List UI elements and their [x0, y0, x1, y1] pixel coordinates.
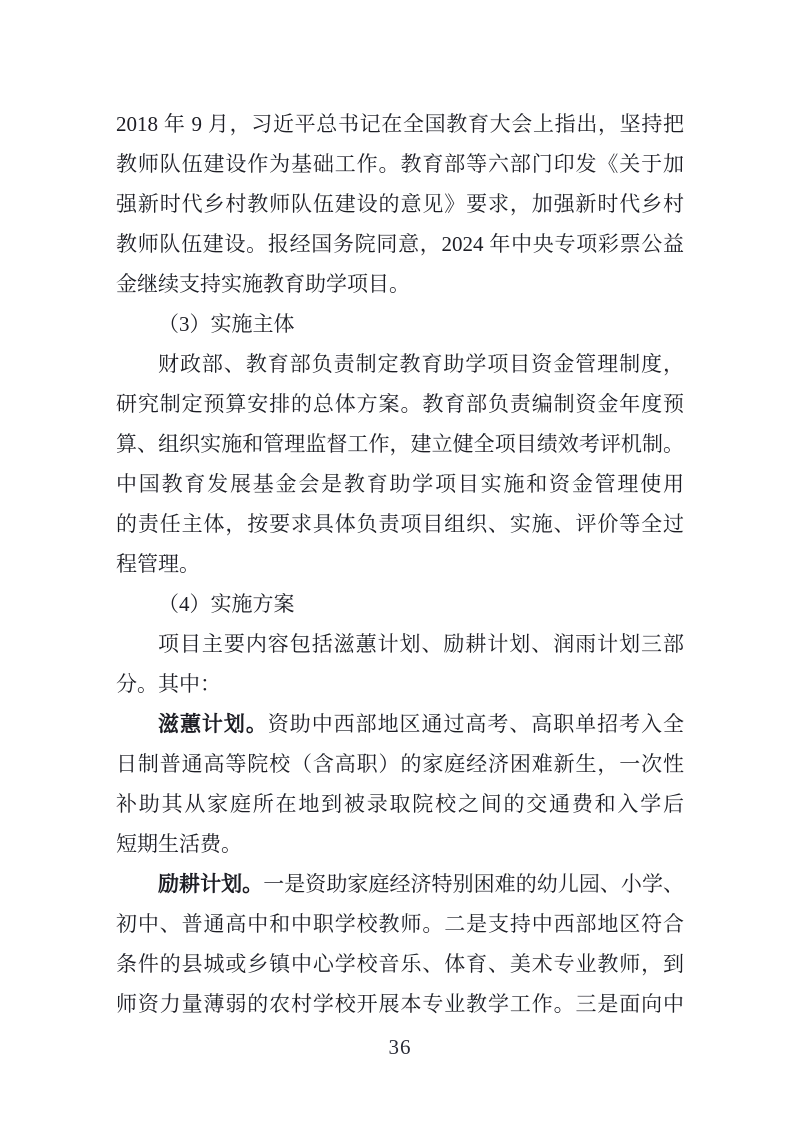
document-body: 2018 年 9 月，习近平总书记在全国教育大会上指出，坚持把教师队伍建设作为基…: [116, 104, 684, 1024]
text-line: 强新时代乡村教师队伍建设的意见》要求，加强新时代乡村: [116, 184, 684, 224]
text-line: 财政部、教育部负责制定教育助学项目资金管理制度，: [116, 344, 684, 384]
text-line: 项目主要内容包括滋蕙计划、励耕计划、润雨计划三部: [116, 624, 684, 664]
text-line: 条件的县城或乡镇中心学校音乐、体育、美术专业教师，到: [116, 944, 684, 984]
plan-name-bold: 滋蕙计划。: [158, 712, 268, 736]
text-line: 补助其从家庭所在地到被录取院校之间的交通费和入学后: [116, 784, 684, 824]
text-line: 教师队伍建设。报经国务院同意，2024 年中央专项彩票公益: [116, 224, 684, 264]
text-line: （3）实施主体: [116, 304, 684, 344]
text-line: 日制普通高等院校（含高职）的家庭经济困难新生，一次性: [116, 744, 684, 784]
text-line: 研究制定预算安排的总体方案。教育部负责编制资金年度预: [116, 384, 684, 424]
document-page: 2018 年 9 月，习近平总书记在全国教育大会上指出，坚持把教师队伍建设作为基…: [0, 0, 800, 1131]
text-line: （4）实施方案: [116, 584, 684, 624]
text-line: 2018 年 9 月，习近平总书记在全国教育大会上指出，坚持把: [116, 104, 684, 144]
text-line: 短期生活费。: [116, 824, 684, 864]
text-line: 分。其中：: [116, 664, 684, 704]
text-line: 的责任主体，按要求具体负责项目组织、实施、评价等全过: [116, 504, 684, 544]
text-line: 算、组织实施和管理监督工作，建立健全项目绩效考评机制。: [116, 424, 684, 464]
text-line: 励耕计划。一是资助家庭经济特别困难的幼儿园、小学、: [116, 864, 684, 904]
text-line: 金继续支持实施教育助学项目。: [116, 264, 684, 304]
page-number: 36: [0, 1033, 800, 1061]
text-line: 师资力量薄弱的农村学校开展本专业教学工作。三是面向中: [116, 984, 684, 1024]
text-line: 中国教育发展基金会是教育助学项目实施和资金管理使用: [116, 464, 684, 504]
text-line: 滋蕙计划。资助中西部地区通过高考、高职单招考入全: [116, 704, 684, 744]
text-line: 程管理。: [116, 544, 684, 584]
plan-name-bold: 励耕计划。: [158, 872, 263, 896]
text-line: 教师队伍建设作为基础工作。教育部等六部门印发《关于加: [116, 144, 684, 184]
text-line: 初中、普通高中和中职学校教师。二是支持中西部地区符合: [116, 904, 684, 944]
